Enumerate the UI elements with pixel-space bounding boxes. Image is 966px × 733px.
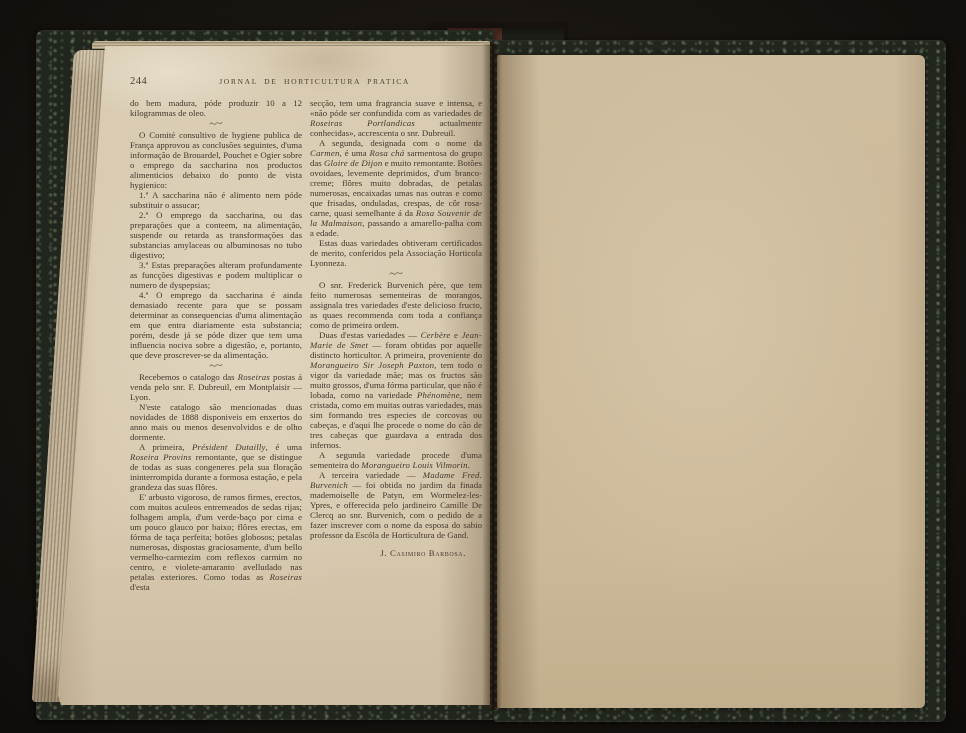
paragraph: secção, tem uma fragrancia suave e inten… — [310, 98, 482, 138]
paragraph: O Comité consultivo de hygiene publica d… — [130, 130, 302, 190]
left-page-content: 244 JORNAL DE HORTICULTURA PRATICA do be… — [130, 76, 482, 660]
paragraph: N'este catalogo são mencionadas duas nov… — [130, 402, 302, 442]
paragraph: Duas d'estas variedades — Cerbère e Jean… — [310, 330, 482, 450]
paragraph: 1.ª A saccharina não é alimento nem póde… — [130, 190, 302, 210]
paragraph: A primeira, Président Dutailly, é uma Ro… — [130, 442, 302, 492]
journal-title: JORNAL DE HORTICULTURA PRATICA — [147, 77, 482, 86]
separator-ornament-icon — [310, 270, 482, 277]
paragraph: 4.ª O emprego da saccharina é ainda dema… — [130, 290, 302, 360]
squiggle-ornament-icon — [209, 362, 223, 369]
separator-ornament-icon — [130, 120, 302, 127]
paragraph: O snr. Frederick Burvenich père, que tem… — [310, 280, 482, 330]
paragraph: E' arbusto vigoroso, de ramos firmes, er… — [130, 492, 302, 592]
squiggle-ornament-icon — [209, 120, 223, 127]
running-header: 244 JORNAL DE HORTICULTURA PRATICA — [130, 76, 482, 90]
squiggle-ornament-icon — [389, 270, 403, 277]
paragraph: 2.ª O emprego da saccharina, ou das prep… — [130, 210, 302, 260]
right-page-blank — [497, 55, 925, 708]
paragraph: Estas duas variedades obtiveram certific… — [310, 238, 482, 268]
page-number: 244 — [130, 76, 147, 87]
paragraph: A segunda variedade procede d'uma sement… — [310, 450, 482, 470]
text-columns: do bem madura, póde produzir 10 a 12 kil… — [130, 98, 482, 660]
paragraph: A segunda, designada com o nome da Carme… — [310, 138, 482, 238]
book-scan-background: 244 JORNAL DE HORTICULTURA PRATICA do be… — [0, 0, 966, 733]
paragraph: do bem madura, póde produzir 10 a 12 kil… — [130, 98, 302, 118]
article-signature: J. Casimiro Barbosa. — [310, 548, 482, 558]
text-column-right: secção, tem uma fragrancia suave e inten… — [310, 98, 482, 660]
text-column-left: do bem madura, póde produzir 10 a 12 kil… — [130, 98, 302, 660]
left-page: 244 JORNAL DE HORTICULTURA PRATICA do be… — [58, 46, 490, 705]
paragraph: Recebemos o catalogo das Roseiras postas… — [130, 372, 302, 402]
separator-ornament-icon — [130, 362, 302, 369]
paragraph: A terceira variedade — Madame Fred. Burv… — [310, 470, 482, 540]
paragraph: 3.ª Estas preparações alteram profundame… — [130, 260, 302, 290]
